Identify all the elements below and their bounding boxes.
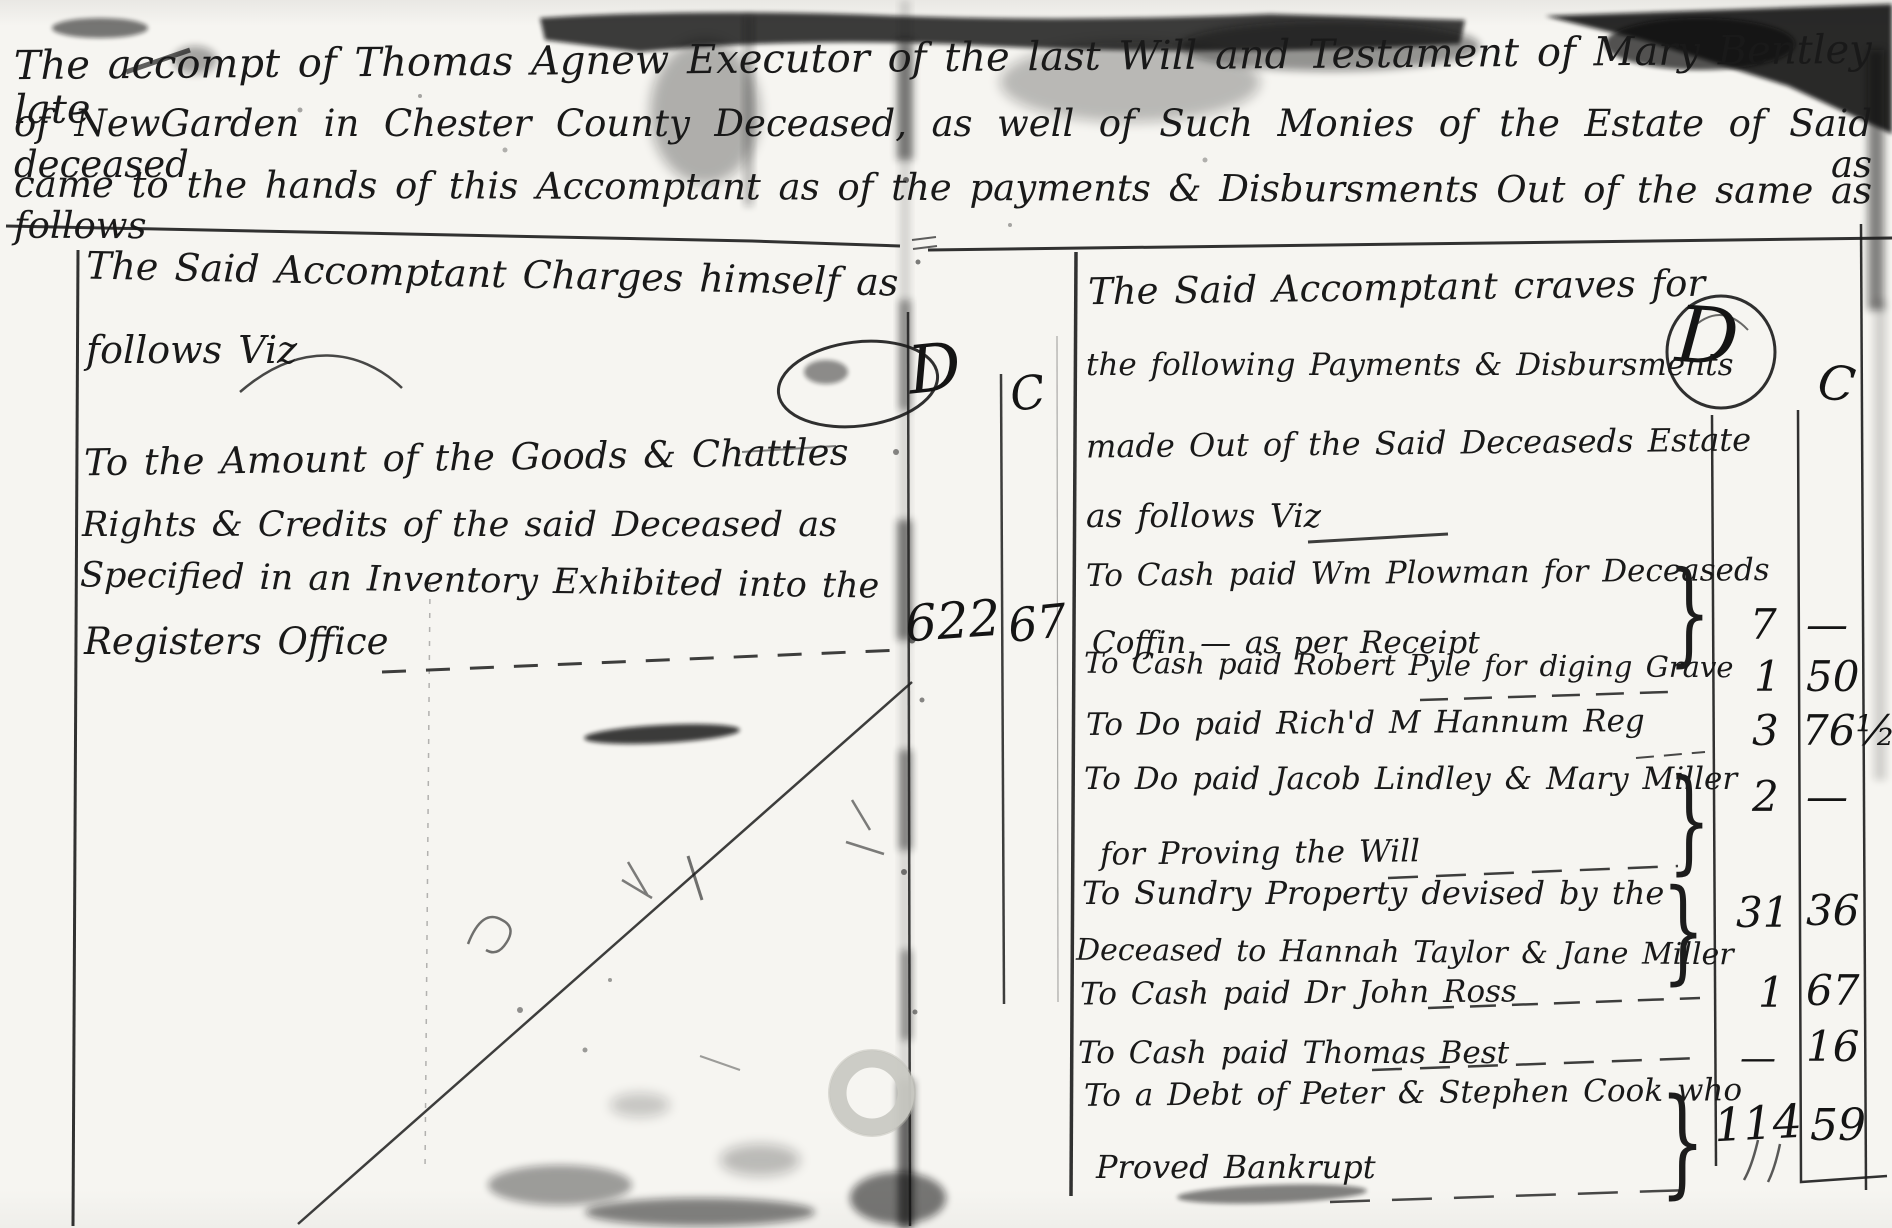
entry-4-dollars-value: 31 xyxy=(1736,888,1789,937)
scanned-ledger-page: The accompt of Thomas Agnew Executor of … xyxy=(0,0,1892,1228)
entry-3-line-1: for Proving the Will xyxy=(1100,834,1420,871)
entry-3-dollars-value: 2 xyxy=(1752,772,1779,821)
entry-2-line-0: To Do paid Rich'd M Hannum Reg xyxy=(1086,704,1645,742)
inventory-entry-line-3: Specified in an Inventory Exhibited into… xyxy=(80,556,880,606)
entry-4-line-1: Deceased to Hannah Taylor & Jane Miller xyxy=(1076,934,1734,972)
entry-1-cents-value: 50 xyxy=(1806,652,1859,701)
entry-4-cents-value: 36 xyxy=(1806,886,1859,935)
right-craves-heading-line-3: made Out of the Said Deceaseds Estate xyxy=(1086,423,1751,465)
entry-6-line-0: To Cash paid Thomas Best xyxy=(1078,1036,1509,1070)
inventory-entry-line-1: To the Amount of the Goods & Chattles xyxy=(84,433,849,484)
entry-2-dollars-value: 3 xyxy=(1752,706,1779,755)
left-cents-column-header: C xyxy=(1006,364,1048,422)
inventory-entry-line-2: Rights & Credits of the said Deceased as xyxy=(82,506,837,545)
crease-line xyxy=(425,585,430,1172)
entry-3-line-0: To Do paid Jacob Lindley & Mary Miller xyxy=(1084,762,1737,796)
right-cents-column-header: C xyxy=(1814,354,1858,415)
entry-5-dollars-value: 1 xyxy=(1758,968,1785,1017)
entry-0-cents-value: — xyxy=(1806,600,1848,649)
entry-7-dollars-value: 114 xyxy=(1713,1094,1804,1153)
inventory-dollars-value: 622 xyxy=(903,589,1002,654)
right-craves-heading-line-2: the following Payments & Disbursments xyxy=(1086,348,1734,382)
header-line-3: came to the hands of this Accomptant as … xyxy=(14,165,1872,253)
inventory-cents-value: 67 xyxy=(1005,593,1069,653)
entry-6-cents-value: 16 xyxy=(1806,1022,1859,1071)
left-charge-heading-line-1: The Said Accomptant Charges himself as xyxy=(86,245,899,304)
entry-7-brace: } xyxy=(1660,1072,1705,1210)
left-charge-heading-line-2: follows Viz xyxy=(86,330,297,372)
entry-5-line-0: To Cash paid Dr John Ross xyxy=(1080,974,1517,1011)
inventory-entry-line-4: Registers Office xyxy=(84,622,388,663)
entry-3-cents-value: — xyxy=(1806,772,1848,821)
entry-7-line-0: To a Debt of Peter & Stephen Cook who xyxy=(1084,1073,1742,1113)
entry-7-cents-value: 59 xyxy=(1810,1100,1866,1151)
entry-7-line-1: Proved Bankrupt xyxy=(1096,1150,1376,1185)
entry-2-cents-value: 76½ xyxy=(1802,706,1892,755)
entry-0-dollars-value: 7 xyxy=(1750,600,1777,649)
left-dollars-column-header: D xyxy=(904,327,965,409)
right-craves-heading-line-1: The Said Accomptant craves for xyxy=(1088,264,1706,313)
entry-1-line-0: To Cash paid Robert Pyle for diging Grav… xyxy=(1084,648,1734,684)
diagonal-strike-line xyxy=(298,682,912,1224)
entry-4-brace: } xyxy=(1662,866,1705,996)
entry-5-cents-value: 67 xyxy=(1806,966,1859,1015)
right-craves-heading-line-4: as follows Viz xyxy=(1086,498,1321,534)
punch-hole xyxy=(829,1050,915,1136)
misc-ink-marks xyxy=(468,721,884,1070)
entry-1-dollars-value: 1 xyxy=(1754,652,1781,701)
entry-6-dollars-value: — xyxy=(1740,1038,1776,1079)
entry-4-line-0: To Sundry Property devised by the xyxy=(1082,876,1664,911)
